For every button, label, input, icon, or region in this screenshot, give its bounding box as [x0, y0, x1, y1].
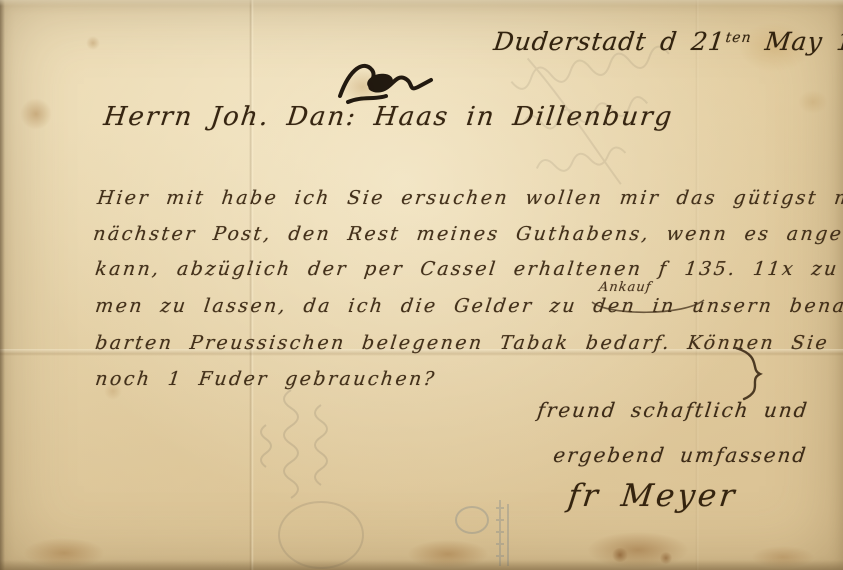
signature: fr Meyer: [566, 478, 739, 514]
closing-line-1: freund schaftlich und: [536, 398, 810, 422]
letter-scan: Duderstadt d 21ten May 1832 Herrn Joh. D…: [0, 0, 843, 570]
body-line: noch 1 Fuder gebrauchen?: [94, 368, 438, 390]
dateline-ordinal: ten: [725, 30, 753, 46]
body-line: men zu lassen, da ich die Gelder zu den …: [94, 295, 843, 317]
stain-spot: [20, 98, 52, 130]
interlineation-word: Ankauf: [598, 280, 652, 295]
body-line: barten Preussischen belegenen Tabak beda…: [94, 332, 830, 354]
stain-spot: [798, 90, 828, 114]
scan-edge-highlight-top: [0, 0, 843, 6]
scan-edge-shadow-bottom: [0, 560, 843, 570]
addressee-line: Herrn Joh. Dan: Haas in Dillenburg: [102, 102, 675, 132]
ghost-bleedthrough-vertical: [236, 385, 376, 570]
stain-spot: [340, 70, 386, 104]
stain-spot: [86, 36, 100, 50]
dateline-place-day: Duderstadt d 21: [492, 27, 727, 56]
body-line: nächster Post, den Rest meines Guthabens…: [92, 223, 843, 245]
dateline: Duderstadt d 21ten May 1832: [492, 27, 843, 56]
scan-edge-shadow-left: [0, 0, 5, 570]
dateline-month-year: May 1832: [763, 27, 843, 56]
fold-crease-vertical-left: [249, 0, 254, 570]
closing-line-2: ergebend umfassend: [552, 443, 809, 467]
body-line: Hier mit habe ich Sie ersuchen wollen mi…: [96, 187, 843, 209]
body-line: kann, abzüglich der per Cassel erhaltene…: [94, 258, 843, 280]
